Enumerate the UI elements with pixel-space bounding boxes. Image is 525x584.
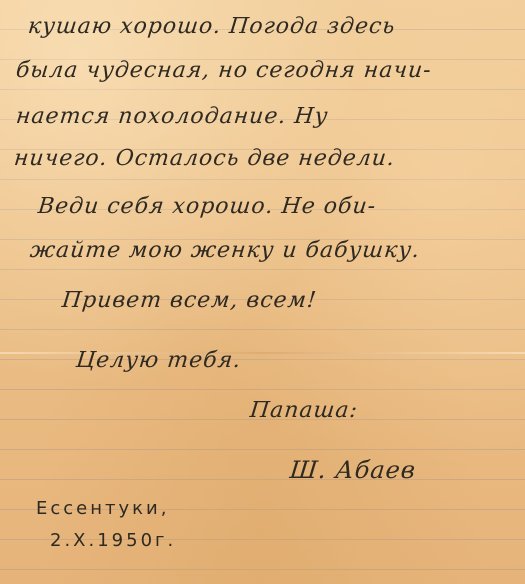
letter-line-5: Веди себя хорошо. Не оби- [37,194,378,219]
signature: Ш. Абаев [289,456,418,484]
letter-line-7: Привет всем, всем! [61,288,318,313]
place-of-writing: Ессентуки, [36,498,169,519]
date-of-writing: 2.X.1950г. [50,530,176,551]
letter-line-4: ничего. Осталось две недели. [13,146,397,171]
letter-line-3: нается похолодание. Ну [15,104,330,129]
letter-page: кушаю хорошо. Погода здесь была чудесная… [0,0,525,584]
letter-line-2: была чудесная, но сегодня начи- [15,58,433,83]
letter-line-6: жайте мою женку и бабушку. [29,238,422,263]
letter-line-1: кушаю хорошо. Погода здесь [27,14,397,39]
letter-line-8: Целую тебя. [75,348,243,373]
closing-line: Папаша: [249,398,360,423]
